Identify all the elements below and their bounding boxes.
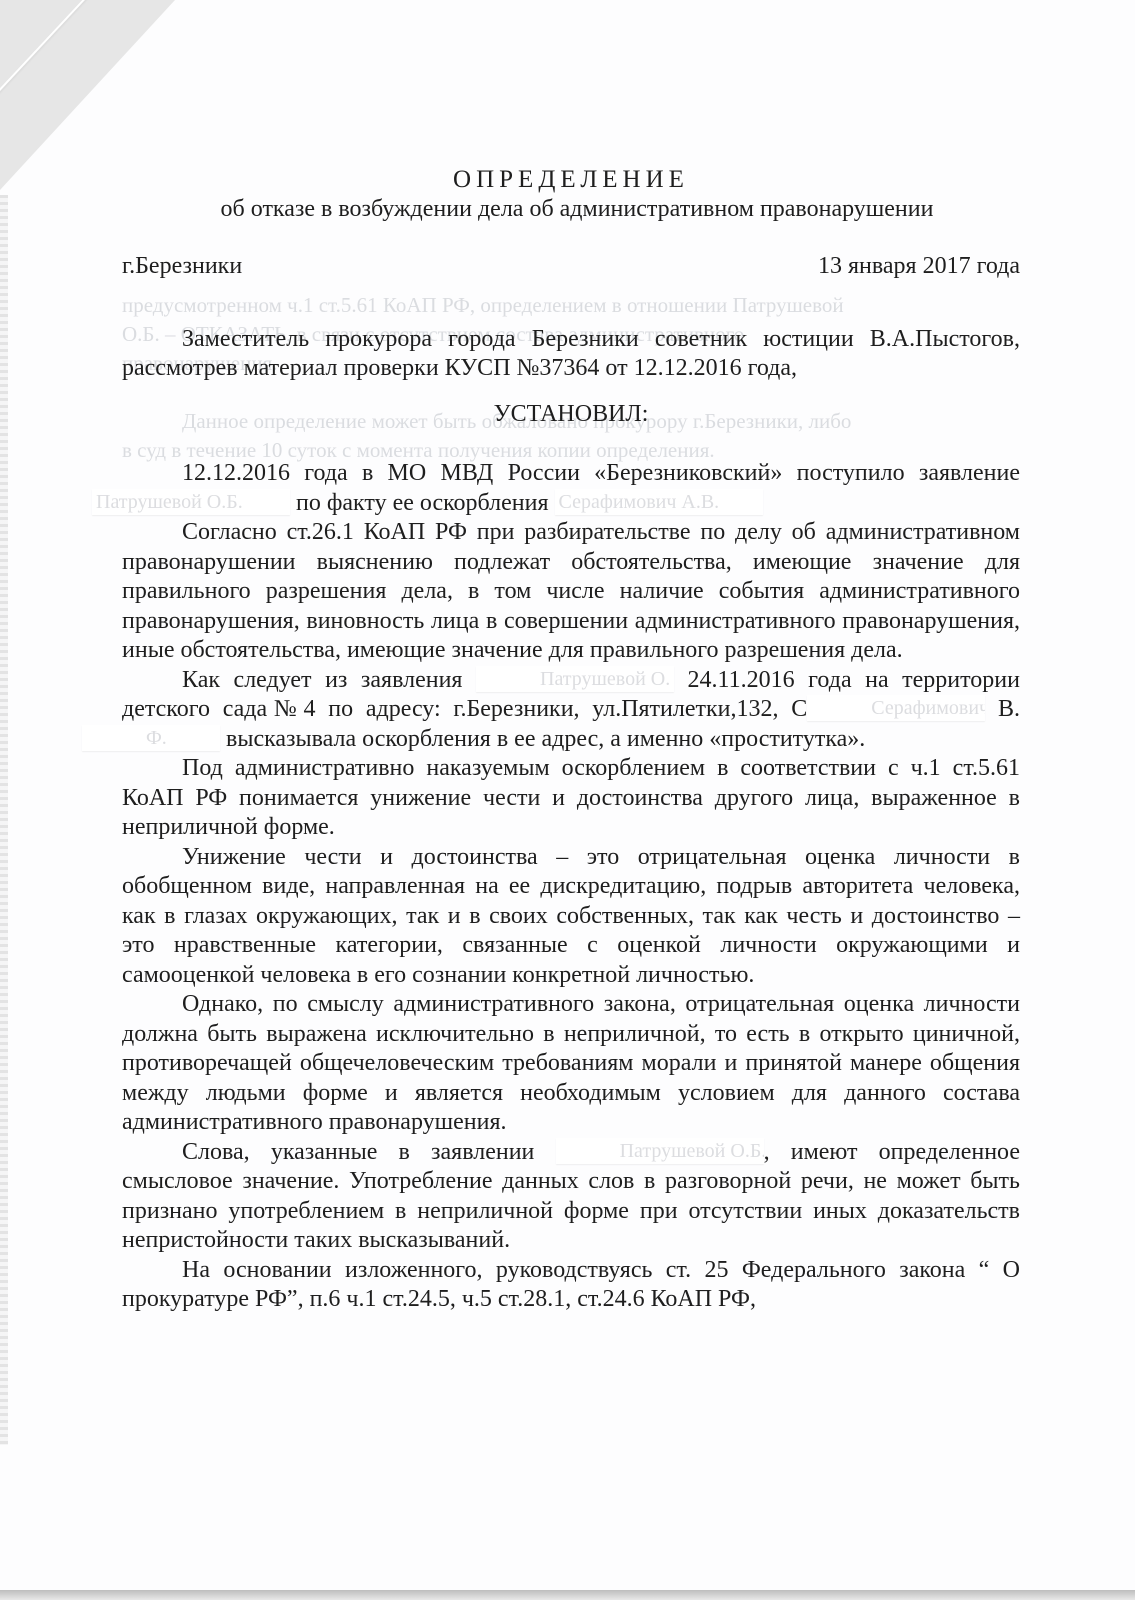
document-page: В возбуждении дела об административном п… <box>0 0 1135 1595</box>
section-heading: УСТАНОВИЛ: <box>122 400 1020 430</box>
paragraph-1-mid: по факту ее оскорбления <box>296 490 549 516</box>
document-place: г.Березники <box>122 252 242 282</box>
paragraph-7: Слова, указанные в заявлении Патрушевой … <box>122 1138 1020 1256</box>
paragraph-6: Однако, по смыслу административного зако… <box>122 990 1020 1138</box>
paragraph-3-text-c: детского сада№4 по адресу: г.Березники, … <box>122 696 807 722</box>
scan-left-edge <box>0 195 8 1445</box>
scan-bottom-edge <box>0 1590 1135 1600</box>
redacted-name: Серафимович А.В. <box>555 489 763 515</box>
paragraph-3: Как следует из заявления Патрушевой О. 2… <box>122 666 1020 755</box>
redacted-name: Патрушевой О. <box>476 666 674 692</box>
document-date: 13 января 2017 года <box>818 252 1020 282</box>
document-subtitle: об отказе в возбуждении дела об админист… <box>134 195 1020 225</box>
redacted-name: Патрушевой О.Б. <box>92 489 290 515</box>
paragraph-3-text-b: 24.11.2016 года на территории <box>688 667 1020 693</box>
paragraph-5: Унижение чести и достоинства – это отриц… <box>122 843 1020 991</box>
redacted-name: Патрушевой О.Б. <box>556 1138 764 1164</box>
redacted-name: Серафимович <box>807 695 985 721</box>
paragraph-7-text-a: Слова, указанные в заявлении <box>182 1139 534 1165</box>
document-title: ОПРЕДЕЛЕНИЕ <box>122 165 1020 195</box>
paragraph-1: 12.12.2016 года в МО МВД России «Березни… <box>122 459 1020 518</box>
document-body: ОПРЕДЕЛЕНИЕ об отказе в возбуждении дела… <box>122 165 1020 1315</box>
paragraph-4: Под административно наказуемым оскорблен… <box>122 754 1020 843</box>
paragraph-3-text-e: высказывала оскорбления в ее адрес, а им… <box>226 726 865 752</box>
intro-paragraph: Заместитель прокурора города Березники с… <box>122 325 1020 384</box>
paragraph-1-line-1: 12.12.2016 года в МО МВД России «Березни… <box>122 459 1020 489</box>
paragraph-1-line-2: Патрушевой О.Б. по факту ее оскорбления … <box>122 489 1020 519</box>
paragraph-3-text-d: В. <box>998 696 1020 722</box>
paragraph-8: На основании изложенного, руководствуясь… <box>122 1256 1020 1315</box>
place-date-row: г.Березники 13 января 2017 года <box>122 252 1020 282</box>
paragraph-2: Согласно ст.26.1 КоАП РФ при разбиратель… <box>122 518 1020 666</box>
folded-corner <box>0 0 175 190</box>
redacted-name: Ф. <box>82 725 220 751</box>
paragraph-3-text-a: Как следует из заявления <box>182 667 462 693</box>
